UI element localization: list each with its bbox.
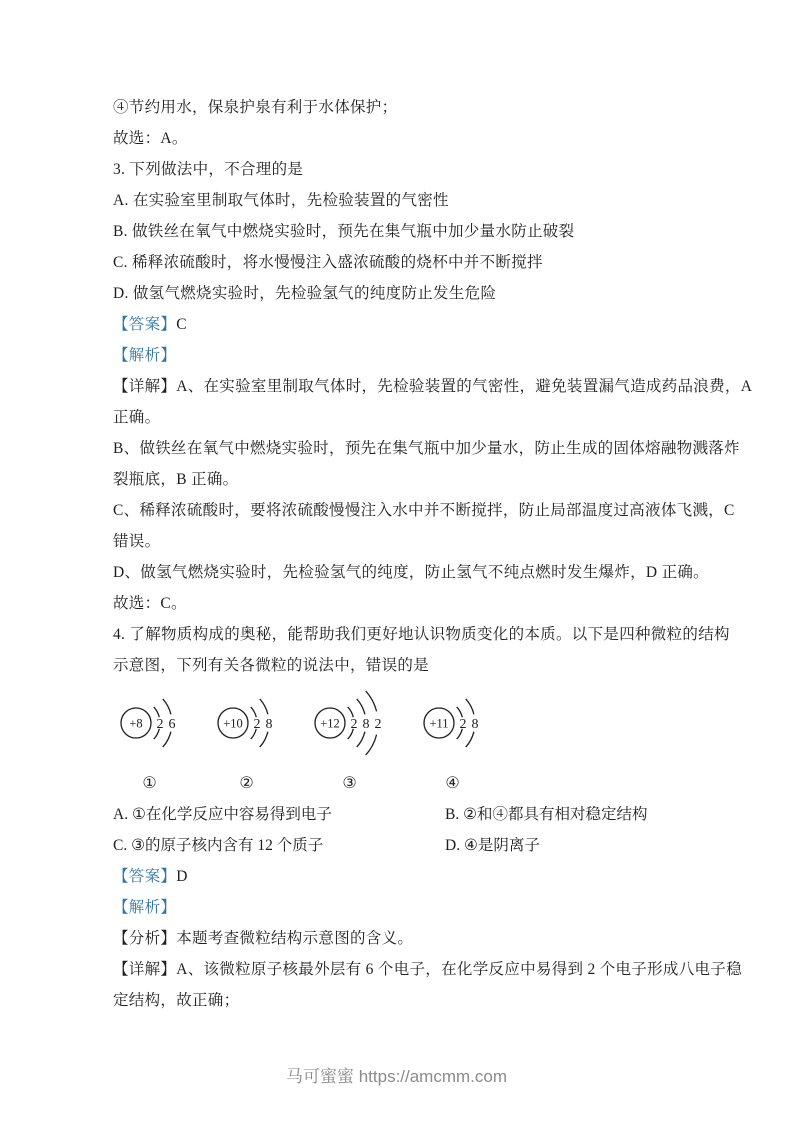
watermark-footer: 马可蜜蜜 https://amcmm.com (0, 1062, 793, 1087)
svg-text:8: 8 (266, 717, 273, 732)
text-line: 【答案】C (113, 309, 753, 340)
text-line-content: 错误。 (113, 533, 160, 550)
particle-structure-drawing: +826 (113, 683, 186, 772)
document-content: ④节约用水，保泉护泉有利于水体保护； 故选：A。 3. 下列做法中，不合理的是 … (0, 0, 793, 1016)
text-line: 错误。 (113, 526, 753, 557)
text-line-content: 4. 了解物质构成的奥秘，能帮助我们更好地认识物质变化的本质。以下是四种微粒的结… (113, 626, 730, 643)
text-line-content: 3. 下列做法中，不合理的是 (113, 161, 303, 178)
question4-options: A. ①在化学反应中容易得到电子 B. ②和④都具有相对稳定结构 C. ③的原子… (113, 799, 753, 861)
text-line-content: ④节约用水，保泉护泉有利于水体保护； (113, 99, 397, 116)
answer-tag-label: 【答案】 (113, 868, 176, 885)
particle-structure-drawing: +1128 (416, 683, 489, 772)
text-line-content: C (176, 316, 187, 333)
text-line: 【详解】A、该微粒原子核最外层有 6 个电子，在化学反应中易得到 2 个电子形成… (113, 954, 753, 985)
exam-document-page: ④节约用水，保泉护泉有利于水体保护； 故选：A。 3. 下列做法中，不合理的是 … (0, 0, 793, 1122)
particle-label: ① (142, 774, 156, 794)
particle-label: ③ (342, 774, 356, 794)
svg-text:8: 8 (363, 717, 370, 732)
svg-text:6: 6 (169, 717, 176, 732)
text-line-content: 【详解】A、在实验室里制取气体时，先检验装置的气密性，避免装置漏气造成药品浪费，… (113, 378, 752, 395)
text-line: 定结构，故正确； (113, 985, 753, 1016)
answer-tag-label: 【解析】 (113, 899, 176, 916)
text-line-content: 故选：A。 (113, 130, 188, 147)
text-line: 故选：C。 (113, 588, 753, 619)
text-line-content: 示意图，下列有关各微粒的说法中，错误的是 (113, 657, 429, 674)
particle-structure-svg: +826 (113, 683, 186, 767)
text-block-top: ④节约用水，保泉护泉有利于水体保护； 故选：A。 3. 下列做法中，不合理的是 … (113, 92, 753, 681)
text-line: A. 在实验室里制取气体时，先检验装置的气密性 (113, 185, 753, 216)
particle-structure-svg: +1028 (210, 683, 283, 767)
particle: +826 ① (113, 683, 186, 794)
text-line-content: C、稀释浓硫酸时，要将浓硫酸慢慢注入水中并不断搅拌，防止局部温度过高液体飞溅，C (113, 502, 735, 519)
text-line: B. 做铁丝在氧气中燃烧实验时，预先在集气瓶中加少量水防止破裂 (113, 216, 753, 247)
option-cell-left: C. ③的原子核内含有 12 个质子 (113, 830, 445, 861)
svg-text:+10: +10 (223, 717, 243, 731)
svg-text:8: 8 (472, 717, 479, 732)
particle-label: ② (239, 774, 253, 794)
text-line: 【详解】A、在实验室里制取气体时，先检验装置的气密性，避免装置漏气造成药品浪费，… (113, 371, 753, 402)
particle: +1128 ④ (416, 683, 489, 794)
text-line-content: C. 稀释浓硫酸时，将水慢慢注入盛浓硫酸的烧杯中并不断搅拌 (113, 254, 543, 271)
text-line-content: D (176, 868, 188, 885)
text-line: 【分析】本题考查微粒结构示意图的含义。 (113, 923, 753, 954)
text-line: C、稀释浓硫酸时，要将浓硫酸慢慢注入水中并不断搅拌，防止局部温度过高液体飞溅，C (113, 495, 753, 526)
text-line-content: 正确。 (113, 409, 160, 426)
text-line-content: B. 做铁丝在氧气中燃烧实验时，预先在集气瓶中加少量水防止破裂 (113, 223, 574, 240)
particle-structure-svg: +1128 (416, 683, 489, 767)
text-line: 裂瓶底，B 正确。 (113, 464, 753, 495)
text-line: 示意图，下列有关各微粒的说法中，错误的是 (113, 650, 753, 681)
text-line-content: B、做铁丝在氧气中燃烧实验时，预先在集气瓶中加少量水，防止生成的固体熔融物溅落炸 (113, 440, 740, 457)
text-line: 故选：A。 (113, 123, 753, 154)
text-line: 【答案】D (113, 861, 753, 892)
text-line-content: 【分析】本题考查微粒结构示意图的含义。 (113, 930, 413, 947)
text-line-content: D. 做氢气燃烧实验时，先检验氢气的纯度防止发生危险 (113, 285, 496, 302)
particle-structure-svg: +12282 (307, 683, 392, 767)
text-line-content: 定结构，故正确； (113, 992, 239, 1009)
option-row: A. ①在化学反应中容易得到电子 B. ②和④都具有相对稳定结构 (113, 799, 753, 830)
particle-structure-drawing: +12282 (307, 683, 392, 772)
text-line: D. 做氢气燃烧实验时，先检验氢气的纯度防止发生危险 (113, 278, 753, 309)
svg-text:2: 2 (460, 717, 467, 732)
text-line: 正确。 (113, 402, 753, 433)
particle: +12282 ③ (307, 683, 392, 794)
particle-label: ④ (445, 774, 459, 794)
option-cell-right: D. ④是阴离子 (445, 830, 540, 861)
svg-text:+11: +11 (429, 717, 448, 731)
particle: +1028 ② (210, 683, 283, 794)
svg-text:2: 2 (375, 717, 382, 732)
option-cell-right: B. ②和④都具有相对稳定结构 (445, 799, 648, 830)
text-line: 3. 下列做法中，不合理的是 (113, 154, 753, 185)
option-row: C. ③的原子核内含有 12 个质子 D. ④是阴离子 (113, 830, 753, 861)
particle-structure-drawing: +1028 (210, 683, 283, 772)
svg-text:2: 2 (351, 717, 358, 732)
text-line: 【解析】 (113, 892, 753, 923)
answer-tag-label: 【解析】 (113, 347, 176, 364)
text-line-content: A. 在实验室里制取气体时，先检验装置的气密性 (113, 192, 449, 209)
text-block-bottom: 【答案】D 【解析】 【分析】本题考查微粒结构示意图的含义。 【详解】A、该微粒… (113, 861, 753, 1016)
svg-text:2: 2 (254, 717, 261, 732)
text-line: B、做铁丝在氧气中燃烧实验时，预先在集气瓶中加少量水，防止生成的固体熔融物溅落炸 (113, 433, 753, 464)
text-line-content: 故选：C。 (113, 595, 187, 612)
text-line: D、做氢气燃烧实验时，先检验氢气的纯度，防止氢气不纯点燃时发生爆炸，D 正确。 (113, 557, 753, 588)
svg-text:+12: +12 (320, 717, 340, 731)
text-line-content: 裂瓶底，B 正确。 (113, 471, 238, 488)
text-line: ④节约用水，保泉护泉有利于水体保护； (113, 92, 753, 123)
text-line-content: 【详解】A、该微粒原子核最外层有 6 个电子，在化学反应中易得到 2 个电子形成… (113, 961, 742, 978)
text-line-content: D、做氢气燃烧实验时，先检验氢气的纯度，防止氢气不纯点燃时发生爆炸，D 正确。 (113, 564, 709, 581)
svg-text:2: 2 (157, 717, 164, 732)
atomic-structure-diagram: +826 ① +1028 ② +12282 ③ +1128 ④ (113, 681, 753, 799)
text-line: 【解析】 (113, 340, 753, 371)
text-line: 4. 了解物质构成的奥秘，能帮助我们更好地认识物质变化的本质。以下是四种微粒的结… (113, 619, 753, 650)
text-line: C. 稀释浓硫酸时，将水慢慢注入盛浓硫酸的烧杯中并不断搅拌 (113, 247, 753, 278)
svg-text:+8: +8 (129, 717, 142, 731)
option-cell-left: A. ①在化学反应中容易得到电子 (113, 799, 445, 830)
answer-tag-label: 【答案】 (113, 316, 176, 333)
